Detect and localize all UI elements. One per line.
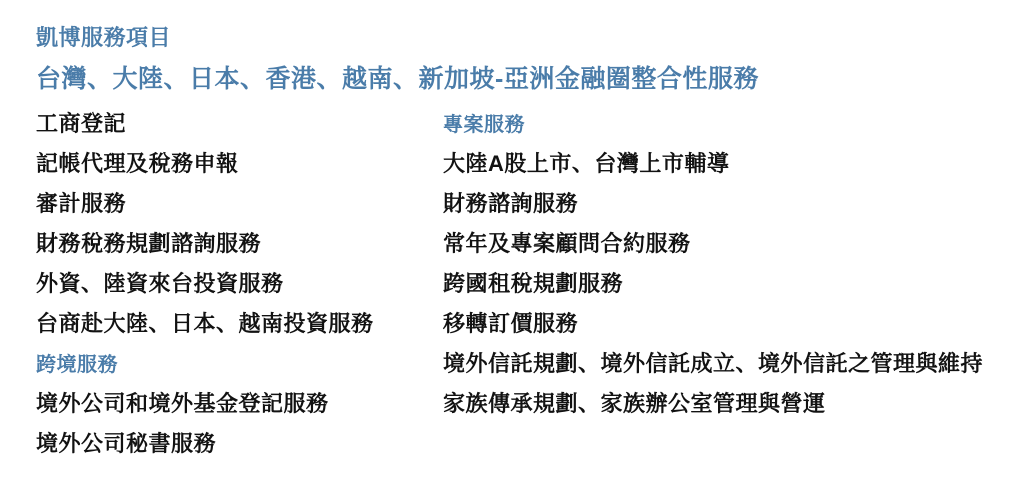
service-item-audit: 審計服務 <box>36 182 436 222</box>
service-item-cross-border-tax-planning: 跨國租稅規劃服務 <box>443 262 1018 302</box>
service-item-outbound-investment: 台商赴大陸、日本、越南投資服務 <box>36 302 436 342</box>
service-item-business-registration: 工商登記 <box>36 102 436 142</box>
service-item-offshore-trust: 境外信託規劃、境外信託成立、境外信託之管理與維持 <box>443 342 1018 382</box>
right-column: 專案服務 大陸A股上市、台灣上市輔導 財務諮詢服務 常年及專案顧問合約服務 跨國… <box>443 102 1018 422</box>
services-slide: 凱博服務項目 台灣、大陸、日本、香港、越南、新加坡-亞洲金融圈整合性服務 工商登… <box>0 0 1024 496</box>
page-title: 凱博服務項目 <box>36 25 171 51</box>
service-item-offshore-company-fund-registration: 境外公司和境外基金登記服務 <box>36 382 436 422</box>
page-subtitle: 台灣、大陸、日本、香港、越南、新加坡-亞洲金融圈整合性服務 <box>36 64 759 94</box>
service-item-transfer-pricing: 移轉訂價服務 <box>443 302 1018 342</box>
service-item-family-office: 家族傳承規劃、家族辦公室管理與營運 <box>443 382 1018 422</box>
service-item-inbound-investment: 外資、陸資來台投資服務 <box>36 262 436 302</box>
service-item-bookkeeping-tax-filing: 記帳代理及稅務申報 <box>36 142 436 182</box>
service-item-ipo-guidance: 大陸A股上市、台灣上市輔導 <box>443 142 1018 182</box>
services-page: { "header": { "title": "凱博服務項目", "subtit… <box>0 0 1024 496</box>
service-item-finance-tax-planning: 財務稅務規劃諮詢服務 <box>36 222 436 262</box>
section-header-cross-border: 跨境服務 <box>36 342 436 382</box>
service-item-annual-project-consulting: 常年及專案顧問合約服務 <box>443 222 1018 262</box>
service-item-financial-advisory: 財務諮詢服務 <box>443 182 1018 222</box>
left-column: 工商登記 記帳代理及稅務申報 審計服務 財務稅務規劃諮詢服務 外資、陸資來台投資… <box>36 102 436 462</box>
section-header-project-services: 專案服務 <box>443 102 1018 142</box>
service-item-offshore-company-secretary: 境外公司秘書服務 <box>36 422 436 462</box>
